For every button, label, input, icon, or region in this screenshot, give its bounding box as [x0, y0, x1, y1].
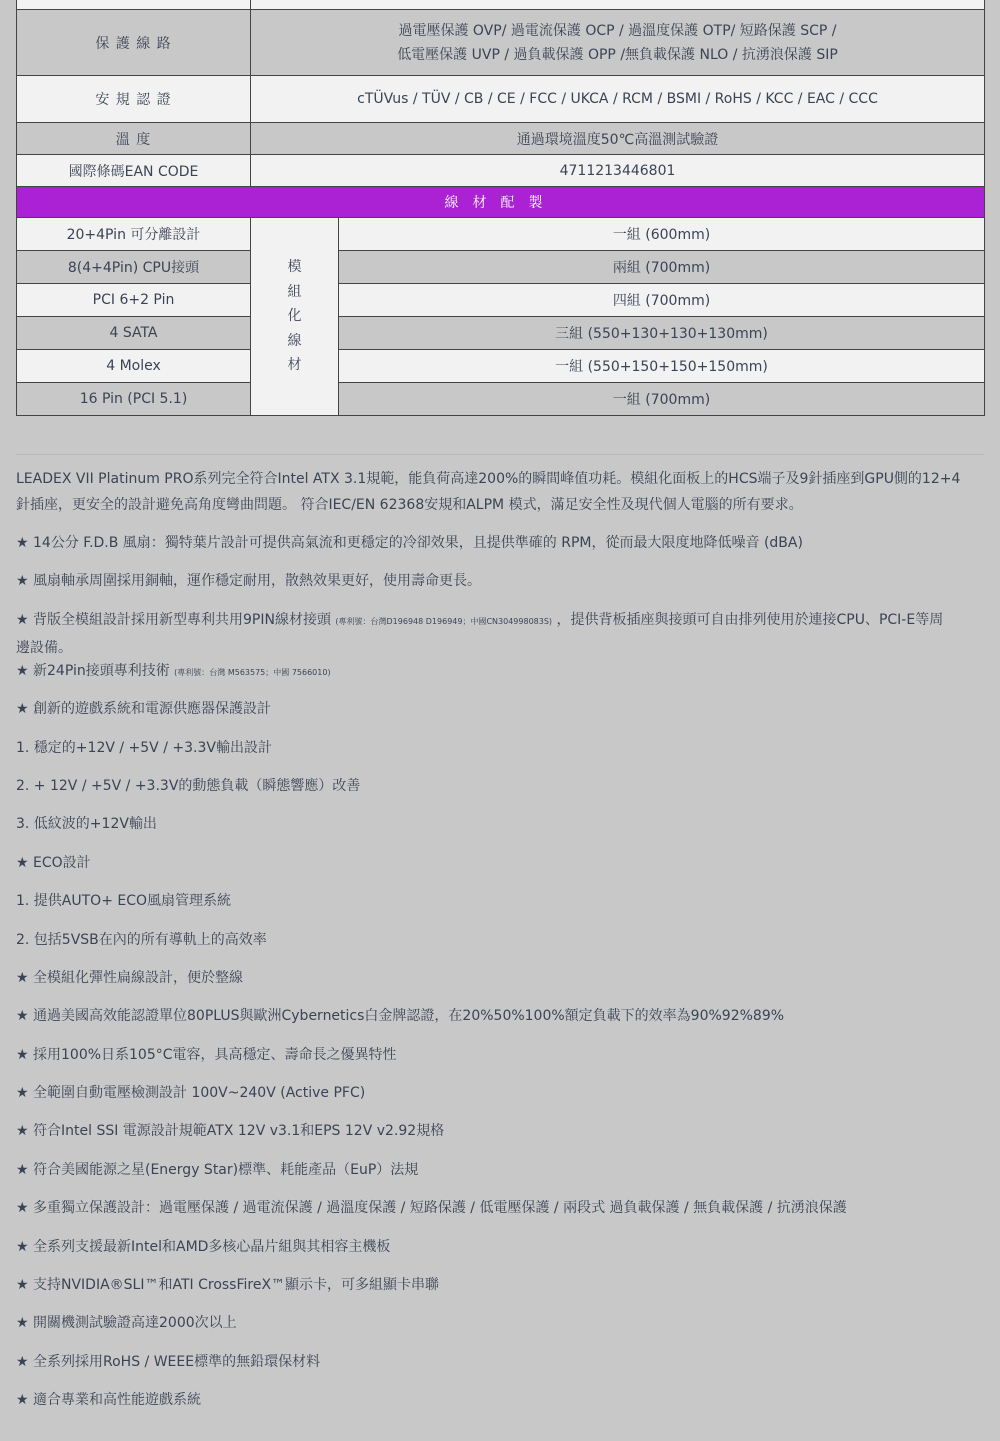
cable-row: 4 SATA 三組 (550+130+130+130mm)	[17, 317, 985, 350]
feature-item: 2. 包括5VSB在內的所有導軌上的高效率	[16, 927, 984, 965]
cable-connector: 20+4Pin 可分離設計	[17, 218, 251, 251]
cable-spec: 四組 (700mm)	[339, 284, 985, 317]
spec-value: 通過環境溫度50℃高溫測試驗證	[251, 123, 985, 155]
spec-row-protection: 保 護 線 路 過電壓保護 OVP/ 過電流保護 OCP / 過溫度保護 OTP…	[17, 10, 985, 76]
feature-item: ★ 背版全模組設計採用新型專利共用9PIN線材接頭 (專利號：台灣D196948…	[16, 607, 984, 658]
feature-item: ★ 支持NVIDIA®SLI™和ATI CrossFireX™顯示卡，可多組顯卡…	[16, 1272, 984, 1310]
cable-row: 20+4Pin 可分離設計 模 組 化 線 材 一組 (600mm)	[17, 218, 985, 251]
cable-row: 4 Molex 一組 (550+150+150+150mm)	[17, 350, 985, 383]
spec-value: cTÜVus / TÜV / CB / CE / FCC / UKCA / RC…	[251, 76, 985, 123]
spec-value: 4711213446801	[251, 155, 985, 187]
feature-item: ★ 符合美國能源之星(Energy Star)標準、耗能產品（EuP）法規	[16, 1157, 984, 1195]
intro-paragraph: LEADEX VII Platinum PRO系列完全符合Intel ATX 3…	[16, 466, 984, 518]
cable-row: 16 Pin (PCI 5.1) 一組 (700mm)	[17, 383, 985, 416]
feature-item: ★ 全系列支援最新Intel和AMD多核心晶片組與其相容主機板	[16, 1234, 984, 1272]
spec-value: 過電壓保護 OVP/ 過電流保護 OCP / 過溫度保護 OTP/ 短路保護 S…	[251, 10, 985, 76]
feature-item: ★ 採用100%日系105°C電容，具高穩定、壽命長之優異特性	[16, 1042, 984, 1080]
feature-item: ★ 風扇軸承周圍採用銅軸，運作穩定耐用，散熱效果更好，使用壽命更長。	[16, 568, 984, 606]
cable-row: PCI 6+2 Pin 四組 (700mm)	[17, 284, 985, 317]
cable-spec: 一組 (550+150+150+150mm)	[339, 350, 985, 383]
spec-label: 安 規 認 證	[17, 76, 251, 123]
cable-connector: 16 Pin (PCI 5.1)	[17, 383, 251, 416]
feature-item: ★ 新24Pin接頭專利技術 (專利號：台灣 M563575；中國 756601…	[16, 658, 984, 696]
product-description: LEADEX VII Platinum PRO系列完全符合Intel ATX 3…	[16, 466, 984, 1426]
feature-item: ★ 開關機測試驗證高達2000次以上	[16, 1310, 984, 1348]
cable-connector: PCI 6+2 Pin	[17, 284, 251, 317]
feature-item: 3. 低紋波的+12V輸出	[16, 811, 984, 849]
patent-note: (專利號：台灣 M563575；中國 7566010)	[174, 668, 330, 677]
feature-item: 1. 穩定的+12V / +5V / +3.3V輸出設計	[16, 735, 984, 773]
feature-item: ★ 通過美國高效能認證單位80PLUS與歐洲Cybernetics白金牌認證，在…	[16, 1003, 984, 1041]
feature-item: 2. + 12V / +5V / +3.3V的動態負載（瞬態響應）改善	[16, 773, 984, 811]
spec-row-temperature: 溫 度 通過環境溫度50℃高溫測試驗證	[17, 123, 985, 155]
cable-table-header: 線材配製	[17, 187, 985, 218]
spec-label: 保 護 線 路	[17, 10, 251, 76]
spec-label: 溫 度	[17, 123, 251, 155]
cable-spec: 兩組 (700mm)	[339, 251, 985, 284]
spec-row-ean: 國際條碼EAN CODE 4711213446801	[17, 155, 985, 187]
patent-note: (專利號：台灣D196948 D196949；中國CN304998083S)	[335, 617, 552, 626]
spec-row-certification: 安 規 認 證 cTÜVus / TÜV / CB / CE / FCC / U…	[17, 76, 985, 123]
cable-connector: 8(4+4Pin) CPU接頭	[17, 251, 251, 284]
feature-item: ★ 14公分 F.D.B 風扇：獨特葉片設計可提供高氣流和更穩定的冷卻效果，且提…	[16, 530, 984, 568]
feature-item: ★ ECO設計	[16, 850, 984, 888]
feature-item: ★ 全系列採用RoHS / WEEE標準的無鉛環保材料	[16, 1349, 984, 1387]
cable-spec: 三組 (550+130+130+130mm)	[339, 317, 985, 350]
feature-item: ★ 多重獨立保護設計：過電壓保護 / 過電流保護 / 過溫度保護 / 短路保護 …	[16, 1195, 984, 1233]
feature-item: ★ 全模組化彈性扁線設計，便於整線	[16, 965, 984, 1003]
cable-spec: 一組 (700mm)	[339, 383, 985, 416]
cable-row: 8(4+4Pin) CPU接頭 兩組 (700mm)	[17, 251, 985, 284]
feature-item: ★ 適合專業和高性能遊戲系統	[16, 1387, 984, 1425]
cable-connector: 4 SATA	[17, 317, 251, 350]
cable-spec: 一組 (600mm)	[339, 218, 985, 251]
spec-table: 保 護 線 路 過電壓保護 OVP/ 過電流保護 OCP / 過溫度保護 OTP…	[16, 0, 985, 416]
cable-header-title: 線材配製	[17, 187, 985, 218]
feature-item: ★ 創新的遊戲系統和電源供應器保護設計	[16, 696, 984, 734]
spec-row-cut	[17, 0, 985, 10]
feature-item: ★ 全範圍自動電壓檢測設計 100V~240V (Active PFC)	[16, 1080, 984, 1118]
feature-item: ★ 符合Intel SSI 電源設計規範ATX 12V v3.1和EPS 12V…	[16, 1118, 984, 1156]
cable-group-label: 模 組 化 線 材	[251, 218, 339, 416]
section-divider	[16, 454, 984, 455]
spec-label: 國際條碼EAN CODE	[17, 155, 251, 187]
cable-connector: 4 Molex	[17, 350, 251, 383]
feature-item: 1. 提供AUTO+ ECO風扇管理系統	[16, 888, 984, 926]
